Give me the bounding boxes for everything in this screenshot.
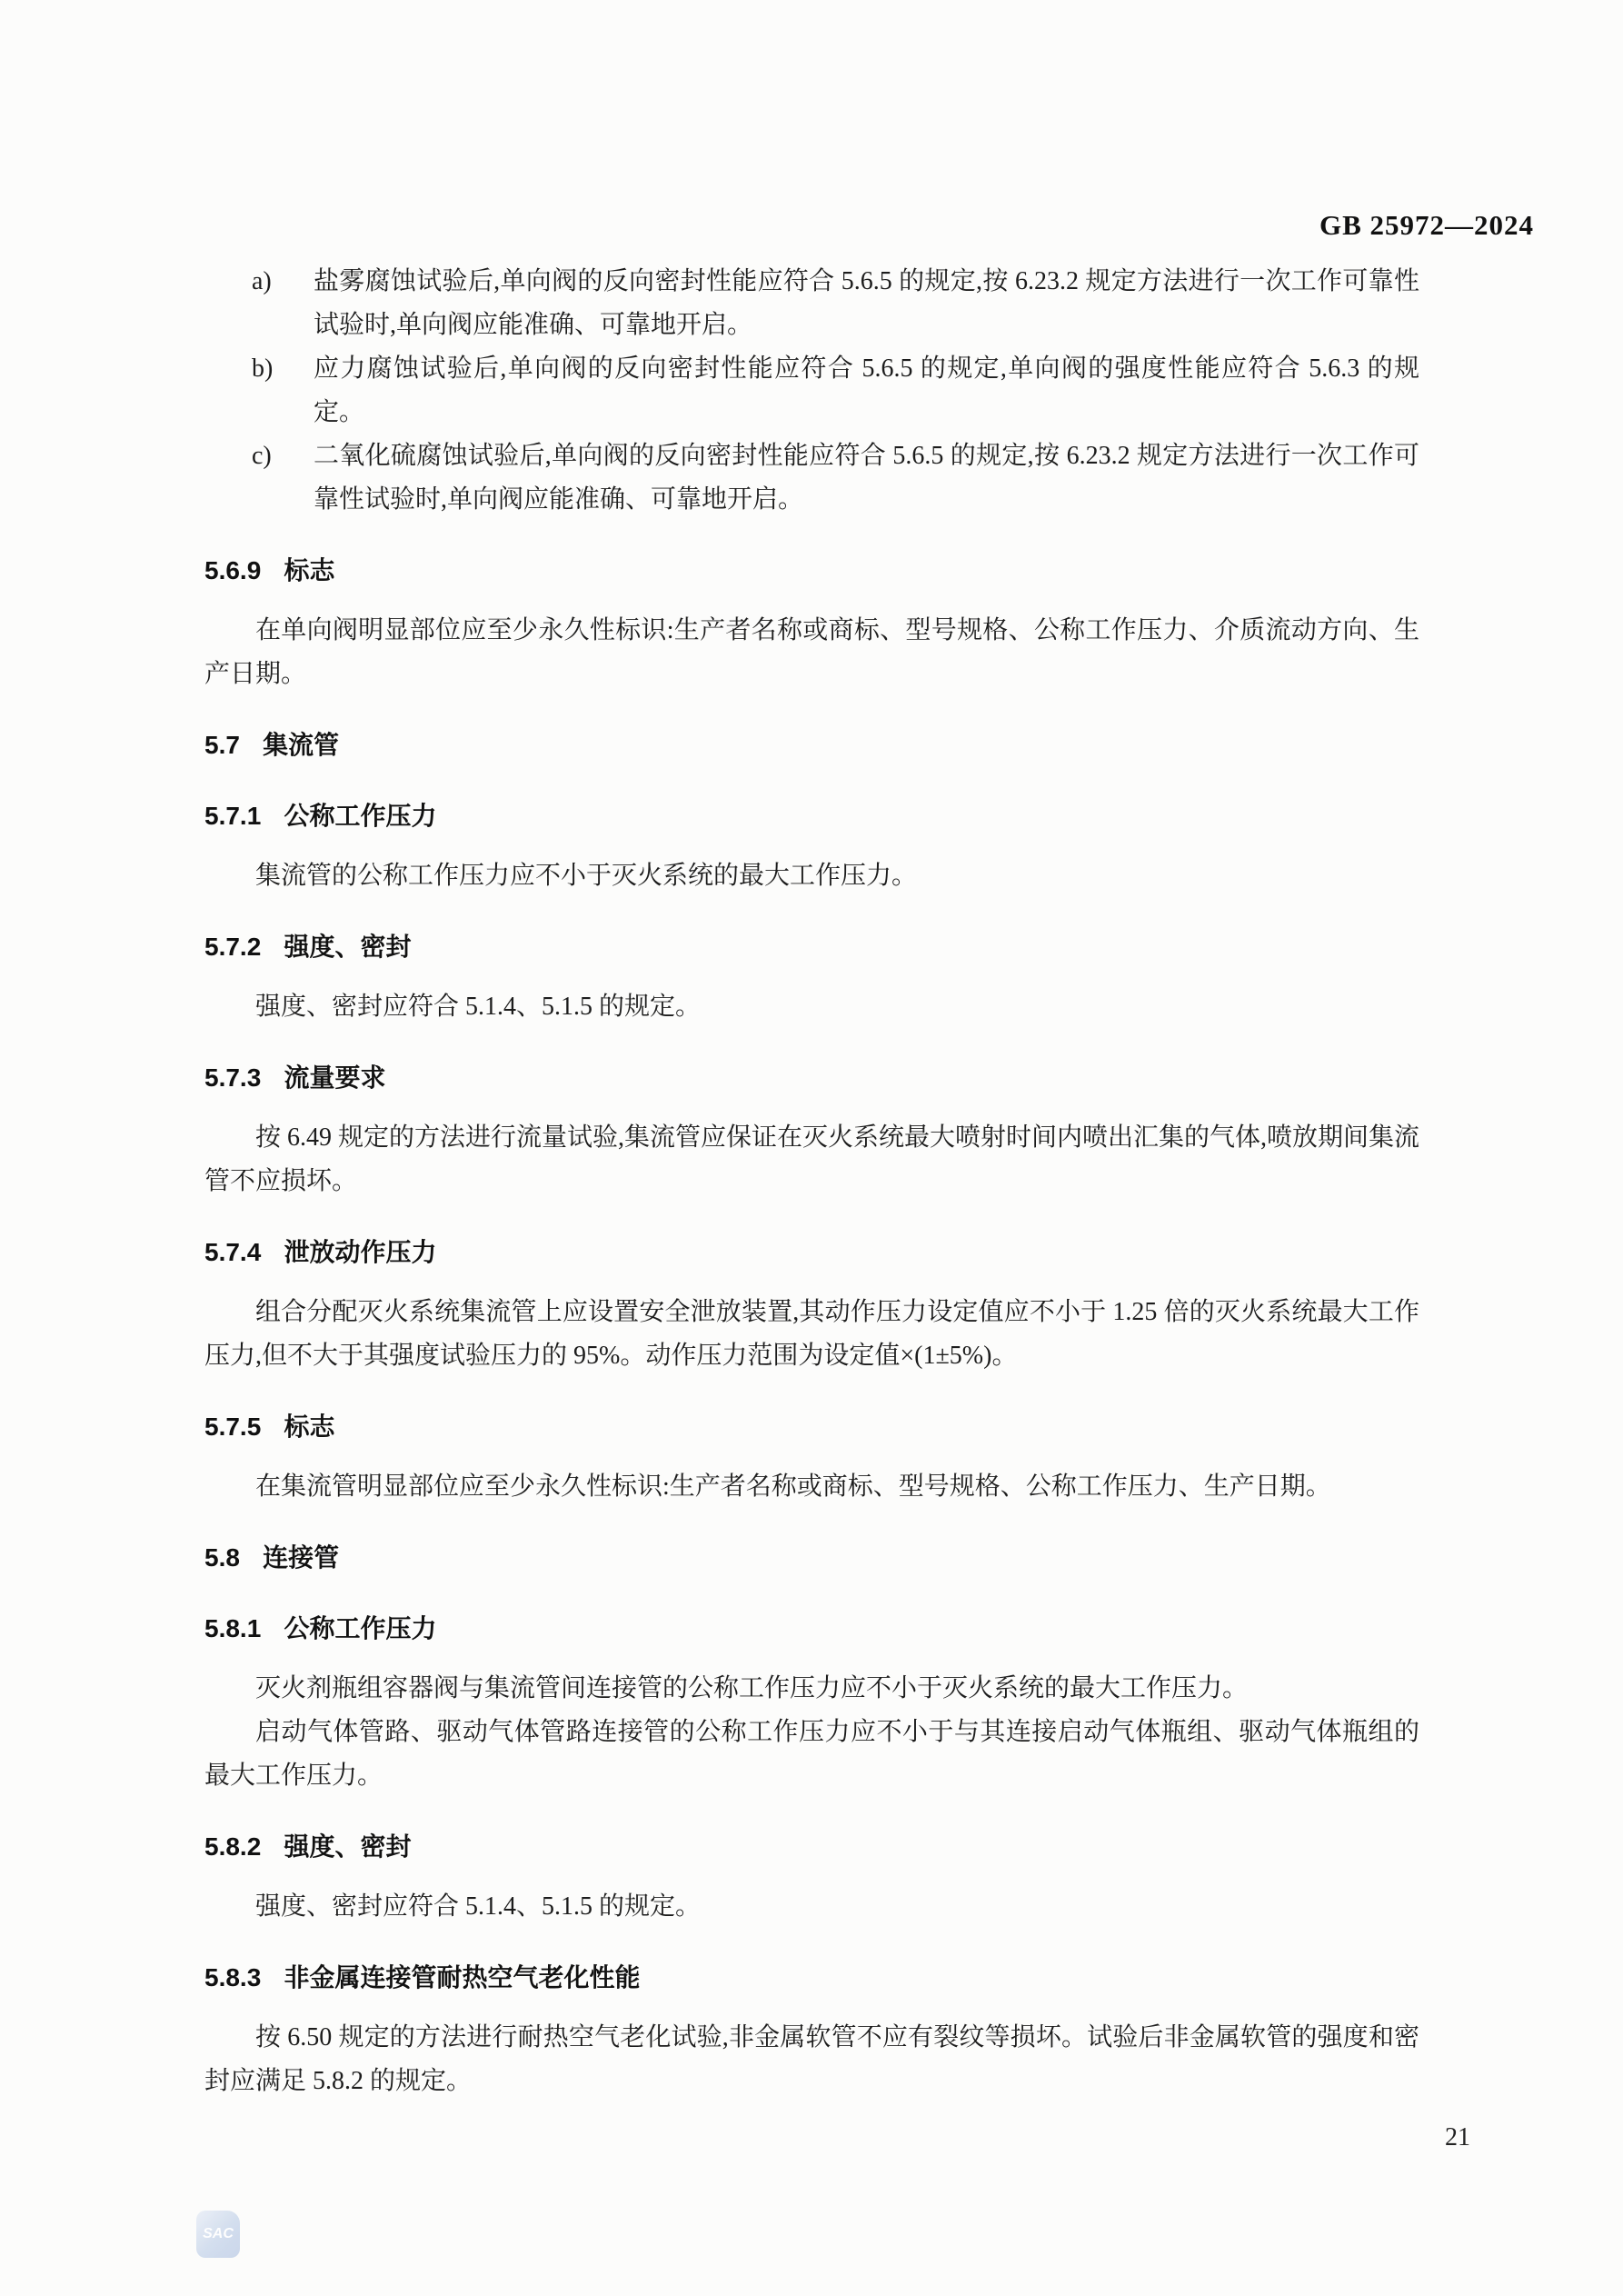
- section-heading-5-7-3: 5.7.3流量要求: [204, 1056, 1419, 1100]
- section-heading-5-8: 5.8连接管: [204, 1536, 1419, 1580]
- list-item-marker: b): [252, 347, 273, 391]
- doc-paragraph: 启动气体管路、驱动气体管路连接管的公称工作压力应不小于与其连接启动气体瓶组、驱动…: [204, 1711, 1419, 1798]
- section-number: 5.8.1: [204, 1614, 261, 1642]
- list-item-text: 应力腐蚀试验后,单向阀的反向密封性能应符合 5.6.5 的规定,单向阀的强度性能…: [314, 354, 1419, 426]
- section-title: 流量要求: [284, 1063, 385, 1092]
- section-title: 连接管: [263, 1543, 339, 1572]
- section-number: 5.7.4: [204, 1238, 261, 1266]
- section-title: 强度、密封: [284, 1832, 411, 1861]
- section-heading-5-7: 5.7集流管: [204, 724, 1419, 767]
- doc-paragraph: 在集流管明显部位应至少永久性标识:生产者名称或商标、型号规格、公称工作压力、生产…: [204, 1465, 1419, 1509]
- doc-paragraph: 强度、密封应符合 5.1.4、5.1.5 的规定。: [204, 985, 1419, 1029]
- section-heading-5-8-1: 5.8.1公称工作压力: [204, 1607, 1419, 1651]
- section-heading-5-8-3: 5.8.3非金属连接管耐热空气老化性能: [204, 1956, 1419, 2000]
- sac-logo: SAC: [196, 2211, 240, 2258]
- doc-paragraph: 按 6.49 规定的方法进行流量试验,集流管应保证在灭火系统最大喷射时间内喷出汇…: [204, 1116, 1419, 1203]
- section-title: 标志: [284, 1413, 334, 1441]
- section-number: 5.8.3: [204, 1963, 261, 1992]
- doc-paragraph: 灭火剂瓶组容器阀与集流管间连接管的公称工作压力应不小于灭火系统的最大工作压力。: [204, 1667, 1419, 1711]
- section-heading-5-7-1: 5.7.1公称工作压力: [204, 794, 1419, 838]
- list-item-b: b) 应力腐蚀试验后,单向阀的反向密封性能应符合 5.6.5 的规定,单向阀的强…: [204, 347, 1419, 434]
- section-title: 强度、密封: [284, 933, 411, 961]
- section-heading-5-7-2: 5.7.2强度、密封: [204, 925, 1419, 969]
- section-title: 非金属连接管耐热空气老化性能: [284, 1963, 640, 1992]
- section-number: 5.6.9: [204, 556, 261, 584]
- page-number: 21: [1445, 2116, 1470, 2160]
- section-heading-5-8-2: 5.8.2强度、密封: [204, 1825, 1419, 1869]
- section-number: 5.8.2: [204, 1832, 261, 1861]
- list-item-c: c) 二氧化硫腐蚀试验后,单向阀的反向密封性能应符合 5.6.5 的规定,按 6…: [204, 434, 1419, 522]
- list-item-marker: a): [252, 260, 272, 304]
- list-item-text: 盐雾腐蚀试验后,单向阀的反向密封性能应符合 5.6.5 的规定,按 6.23.2…: [314, 267, 1419, 339]
- section-number: 5.7.2: [204, 933, 261, 961]
- alpha-list: a) 盐雾腐蚀试验后,单向阀的反向密封性能应符合 5.6.5 的规定,按 6.2…: [204, 260, 1419, 522]
- section-number: 5.7: [204, 731, 240, 759]
- section-heading-5-6-9: 5.6.9标志: [204, 549, 1419, 593]
- document-content: a) 盐雾腐蚀试验后,单向阀的反向密封性能应符合 5.6.5 的规定,按 6.2…: [204, 0, 1419, 2103]
- list-item-text: 二氧化硫腐蚀试验后,单向阀的反向密封性能应符合 5.6.5 的规定,按 6.23…: [314, 442, 1419, 514]
- section-title: 公称工作压力: [284, 802, 436, 830]
- document-page: GB 25972—2024 a) 盐雾腐蚀试验后,单向阀的反向密封性能应符合 5…: [0, 0, 1623, 2296]
- section-heading-5-7-4: 5.7.4泄放动作压力: [204, 1231, 1419, 1274]
- doc-paragraph: 按 6.50 规定的方法进行耐热空气老化试验,非金属软管不应有裂纹等损坏。试验后…: [204, 2016, 1419, 2103]
- list-item-marker: c): [252, 434, 272, 478]
- section-heading-5-7-5: 5.7.5标志: [204, 1405, 1419, 1449]
- section-number: 5.7.3: [204, 1063, 261, 1092]
- section-number: 5.7.5: [204, 1413, 261, 1441]
- list-item-a: a) 盐雾腐蚀试验后,单向阀的反向密封性能应符合 5.6.5 的规定,按 6.2…: [204, 260, 1419, 347]
- section-number: 5.8: [204, 1543, 240, 1572]
- section-title: 泄放动作压力: [284, 1238, 436, 1266]
- doc-paragraph: 集流管的公称工作压力应不小于灭火系统的最大工作压力。: [204, 854, 1419, 898]
- doc-paragraph: 在单向阀明显部位应至少永久性标识:生产者名称或商标、型号规格、公称工作压力、介质…: [204, 609, 1419, 696]
- section-title: 标志: [284, 556, 334, 584]
- section-number: 5.7.1: [204, 802, 261, 830]
- sac-logo-text: SAC: [203, 2227, 234, 2241]
- section-title: 集流管: [263, 731, 339, 759]
- section-title: 公称工作压力: [284, 1614, 436, 1642]
- doc-paragraph: 强度、密封应符合 5.1.4、5.1.5 的规定。: [204, 1885, 1419, 1929]
- doc-paragraph: 组合分配灭火系统集流管上应设置安全泄放装置,其动作压力设定值应不小于 1.25 …: [204, 1291, 1419, 1378]
